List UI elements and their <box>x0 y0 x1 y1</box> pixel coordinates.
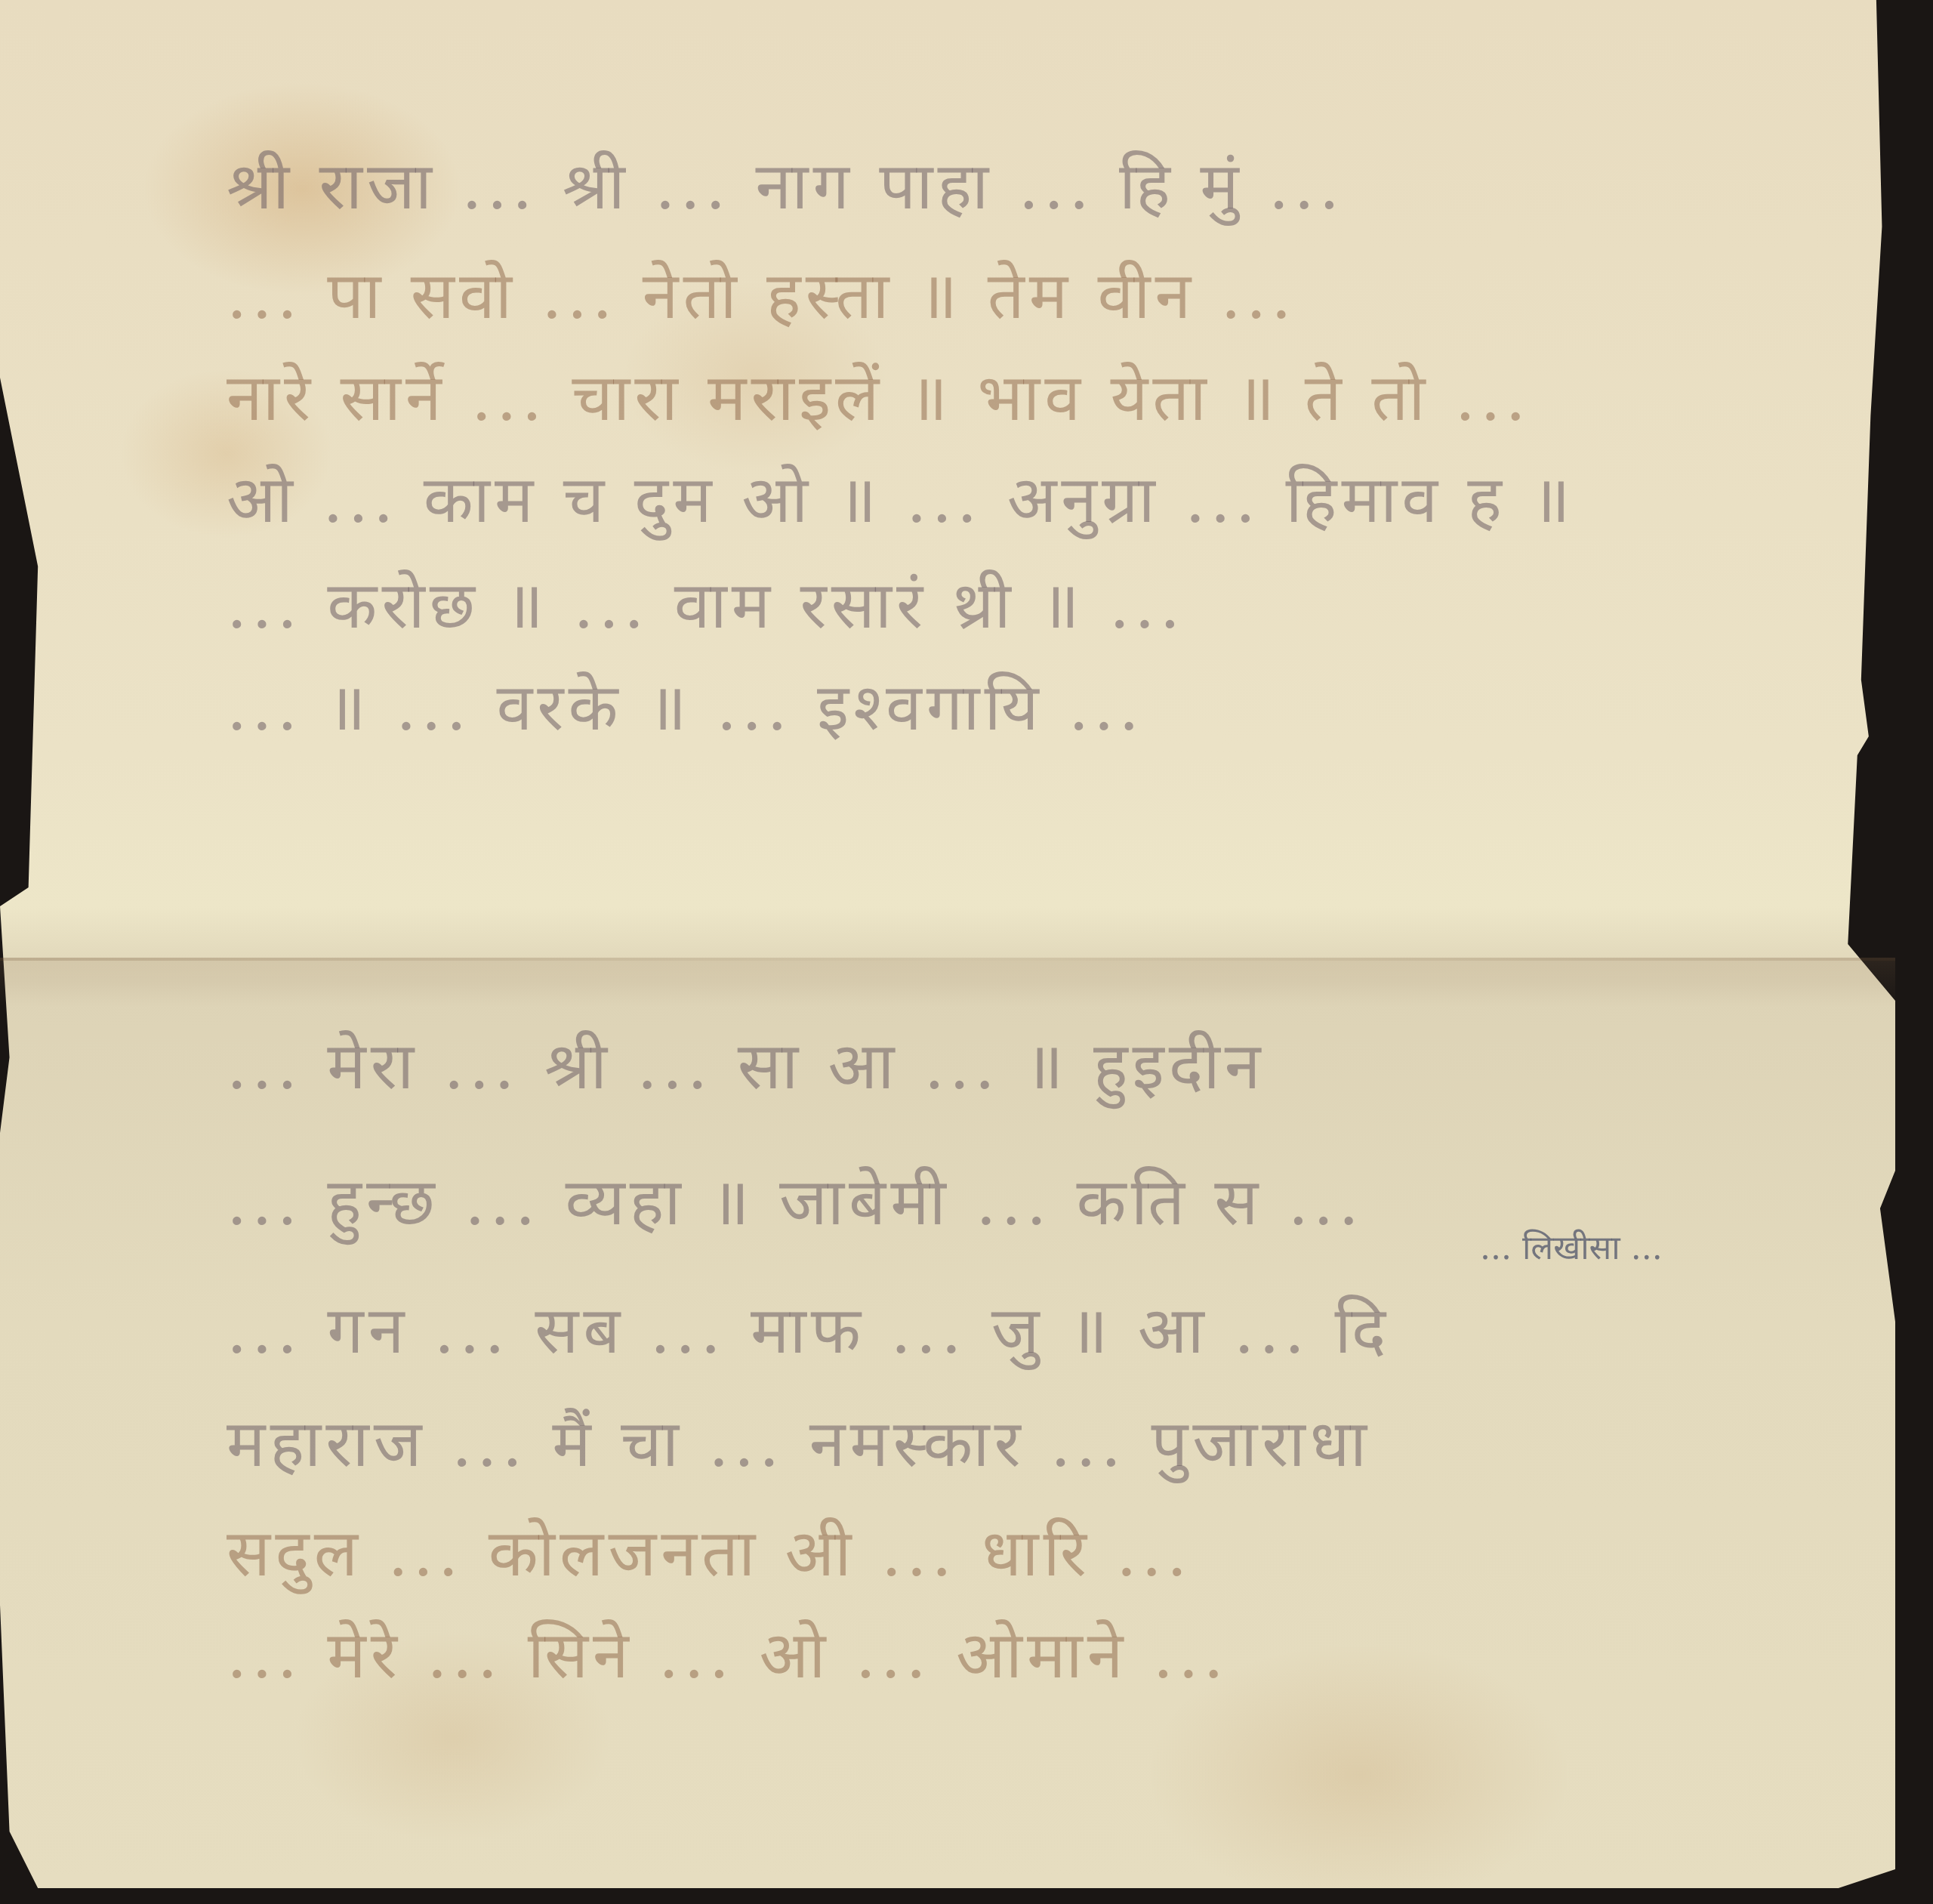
fold-shadow <box>0 961 1895 1006</box>
text-line: ... हुन्छ ... व्यहा ॥ जाबेमी ... कति स .… <box>227 1156 1364 1244</box>
text-line: ... ॥ ... वरके ॥ ... इश्वगायि ... <box>227 661 1144 749</box>
marginal-annotation: ... लिखीसा ... <box>1480 1224 1663 1269</box>
text-line: ... मेरा ... श्री ... सा आ ... ॥ हुइदीन <box>227 1020 1266 1108</box>
text-line: सदुल ... कोलजनता अी ... धारि ... <box>227 1507 1192 1595</box>
text-line: ... गन ... सब ... माफ ... जु ॥ आ ... दि <box>227 1284 1390 1372</box>
text-line: ओ ... काम च दुम ओ ॥ ... अनुग्रा ... हिमा… <box>227 453 1575 542</box>
text-line: नारे सार्ने ... चारा मराइलें ॥ भाव येता … <box>227 351 1531 440</box>
text-line: श्री राजा ... श्री ... नाग पाहा ... हि म… <box>227 140 1344 228</box>
text-line: ... मेरे ... सिने ... ओ ... ओमाने ... <box>227 1609 1229 1697</box>
text-line: ... पा सवो ... नेतो हस्ता ॥ तेम वीन ... <box>227 249 1296 338</box>
text-line: महाराज ... मैं चा ... नमस्कार ... पुजारा… <box>227 1397 1371 1486</box>
text-line: ... करोछ ॥ ... वाम रसारं थ्री ॥ ... <box>227 559 1185 647</box>
